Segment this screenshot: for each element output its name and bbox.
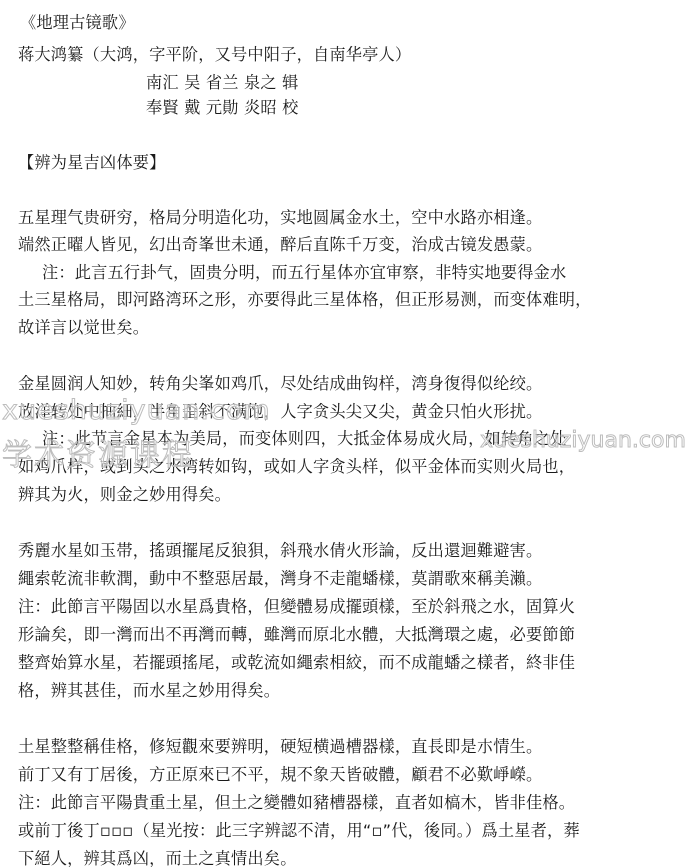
note-line: 整齊始算水星，若擺頭搖尾，或乾流如繩索相絞，而不成龍蟠之樣者，終非佳 — [18, 653, 575, 673]
note-line: 注：此节言金星本为美局，而变体则四，大抵金体易成火局，如转角之处 — [42, 429, 566, 449]
note-line: 或前丁後丁▫▫▫（星光按：此三字辨認不清，用“▫”代，後同。）爲土星者，葬 — [18, 821, 580, 841]
verse-line: 金星圆润人知妙，转角尖峯如鸡爪，尽处结成曲钩样，湾身復得似纶绞。 — [18, 374, 542, 394]
verse-line: 放洋转处中抽細，半角歪斜不满饱，人字贪头尖又尖，黄金只怕火形扰。 — [18, 402, 542, 422]
verse-line: 土星整整稱佳格，修短觀來要辨明，硬短横過槽器樣，直長即是朩情生。 — [18, 737, 542, 757]
verse-line: 前丁又有丁居後，方正原來已不平，規不象天皆破體，顧君不必歎崢嶸。 — [18, 765, 542, 785]
verse-line: 秀麗水星如玉帯，搖頭擺尾反狼狽，斜飛水倩火形論，反出還迴難避害。 — [18, 541, 542, 561]
verse-line: 五星理气贵研穷，格局分明造化功，实地圆属金水土，空中水路亦相逢。 — [18, 208, 542, 228]
note-line: 故详言以觉世矣。 — [18, 318, 149, 338]
verse-line: 端然正曜人皆见，幻出奇峯世未通，醉后直陈千万变，治成古镜发愚蒙。 — [18, 235, 542, 255]
note-line: 注：此言五行卦气，固贵分明，而五行星体亦宜审察，非特实地要得金水 — [42, 263, 566, 283]
proofreader-line: 奉賢 戴 元勛 炎昭 校 — [146, 98, 298, 118]
note-line: 形論矣，即一灣而出不再灣而轉，雖灣而原北水體，大抵灣環之處，必要節節 — [18, 625, 575, 645]
editor-line: 南汇 吴 省兰 泉之 辑 — [146, 73, 298, 93]
document-title: 《地理古镜歌》 — [20, 13, 135, 33]
note-line: 土三星格局，即河路湾环之形，亦要得此三星体格，但正形易测，而变体难明， — [18, 290, 592, 310]
note-line: 格，辨其甚佳，而水星之妙用得矣。 — [18, 681, 280, 701]
note-line: 如鸡爪样，或到头之水湾转如钩，或如人字贪头样，似平金体而实则火局也， — [18, 457, 575, 477]
author-line: 蒋大鸿纂（大鸿，字平阶，又号中阳子，自南华亭人） — [18, 45, 411, 65]
note-line: 下絕人，辨其爲凶，而土之真情出矣。 — [18, 849, 297, 867]
section-heading: 【辨为星吉凶体要】 — [18, 153, 166, 173]
note-line: 注：此節言平陽固以水星爲貴格，但變體易成擺頭樣，至於斜飛之水，固算火 — [18, 597, 575, 617]
verse-line: 繩索乾流非軟潤，動中不整惡居最，灣身不走龍蟠樣，莫謂歌來稱美瀨。 — [18, 569, 542, 589]
note-line: 辨其为火，则金之妙用得矣。 — [18, 485, 231, 505]
note-line: 注：此節言平陽貴重土星，但土之變體如豬槽器樣，直者如槁木，皆非佳格。 — [18, 793, 575, 813]
